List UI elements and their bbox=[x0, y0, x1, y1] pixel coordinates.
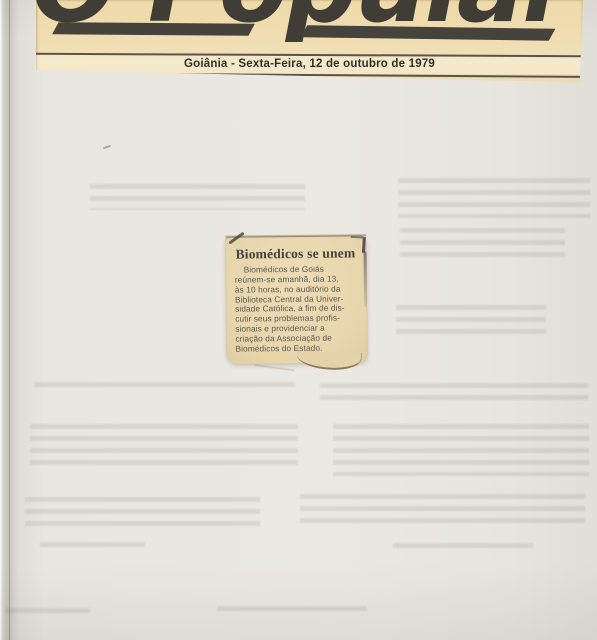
ghost-text-block bbox=[393, 543, 533, 552]
masthead-clipping: O Popular Goiânia - Sexta-Feira, 12 de o… bbox=[36, 0, 583, 85]
ghost-text-block bbox=[40, 542, 145, 551]
ink-mark-right-edge bbox=[363, 251, 367, 307]
masthead-underline-left-bar bbox=[52, 22, 255, 35]
ghost-text-block bbox=[300, 494, 585, 527]
ghost-text-block bbox=[35, 382, 295, 393]
paper-speck bbox=[103, 145, 111, 149]
ghost-text-block bbox=[90, 184, 305, 210]
ghost-text-block bbox=[398, 178, 590, 218]
paper-crease bbox=[255, 365, 295, 371]
ghost-text-block bbox=[333, 424, 589, 476]
ghost-text-block bbox=[30, 424, 298, 468]
ghost-text-block bbox=[320, 383, 588, 403]
dateline-text: Goiânia - Sexta-Feira, 12 de outubro de … bbox=[36, 58, 583, 70]
torn-edge-shadow bbox=[225, 234, 366, 237]
ink-mark-top-left bbox=[228, 232, 244, 245]
news-clipping: Biomédicos se unem Biomédicos de Goiás r… bbox=[225, 235, 367, 363]
ghost-text-block bbox=[217, 606, 367, 616]
ghost-text-block bbox=[400, 228, 565, 262]
scanned-newspaper-page: O Popular Goiânia - Sexta-Feira, 12 de o… bbox=[0, 0, 597, 640]
scan-edge-line bbox=[9, 0, 10, 640]
ghost-text-block bbox=[396, 305, 546, 339]
ghost-text-block bbox=[5, 608, 90, 617]
clipping-headline: Biomédicos se unem bbox=[235, 246, 358, 262]
clipping-body: Biomédicos de Goiás reúnem-se amanhã, di… bbox=[235, 264, 359, 354]
ghost-text-block bbox=[25, 497, 260, 529]
